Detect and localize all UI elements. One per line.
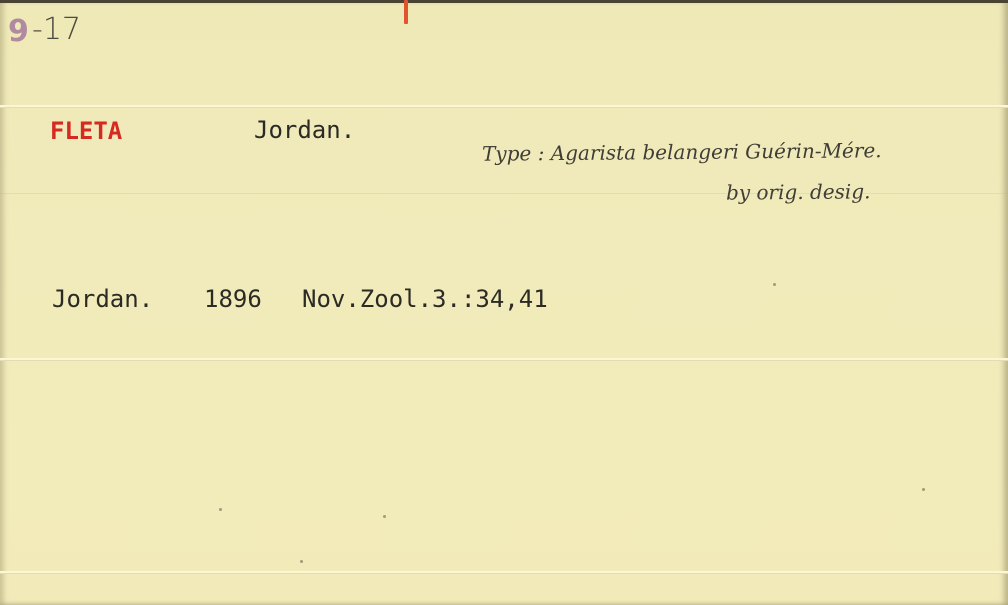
- card-stamp-number: 9: [8, 14, 29, 49]
- genus-name: FLETA: [50, 117, 122, 145]
- paper-speck: [922, 488, 925, 491]
- type-designation-note: Type : Agarista belangeri Guérin-Mére.: [482, 138, 882, 165]
- paper-speck: [383, 515, 386, 518]
- index-card: 9 -17 FLETA Jordan. Type : Agarista bela…: [0, 0, 1008, 605]
- ruled-line: [0, 105, 1008, 108]
- type-designation-method: by orig. desig.: [726, 179, 871, 204]
- paper-speck: [773, 283, 776, 286]
- card-pencil-number: -17: [32, 12, 81, 47]
- ruled-line: [0, 358, 1008, 361]
- reference-author: Jordan.: [52, 285, 153, 313]
- genus-author: Jordan.: [254, 116, 355, 144]
- paper-speck: [219, 508, 222, 511]
- ruled-line: [0, 571, 1008, 574]
- red-tab-marker: [404, 0, 408, 24]
- reference-year: 1896: [204, 285, 262, 313]
- paper-speck: [300, 560, 303, 563]
- reference-citation: Nov.Zool.3.:34,41: [302, 285, 548, 313]
